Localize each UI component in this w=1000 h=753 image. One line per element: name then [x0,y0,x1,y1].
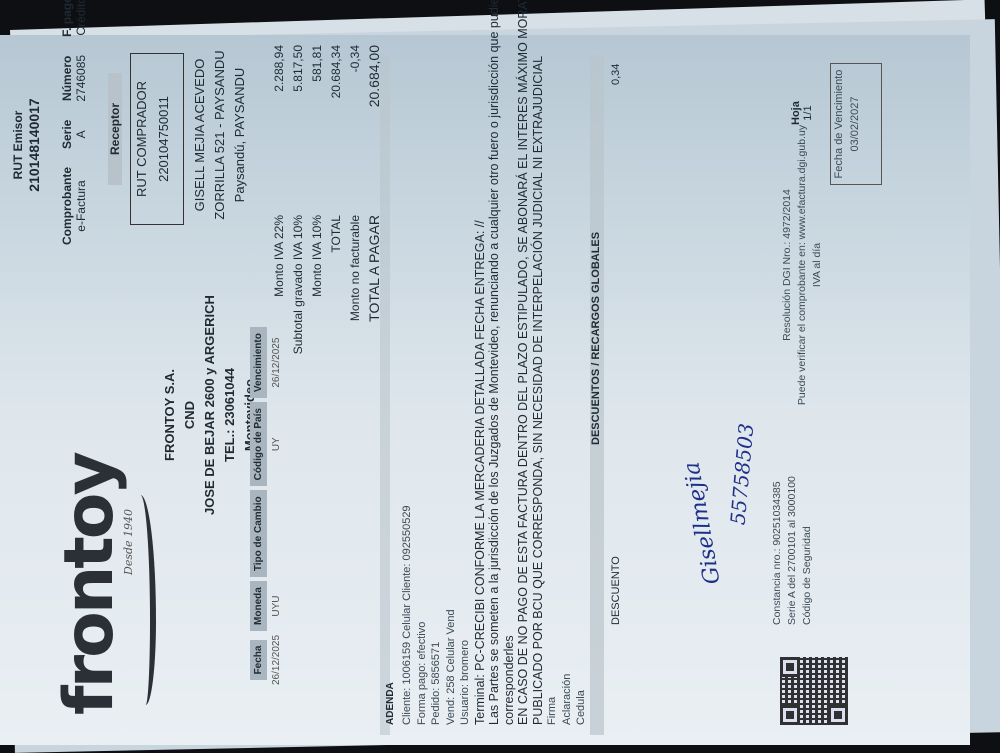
header-cell: Código de PaísUY [250,402,282,486]
receptor-label: Receptor [108,73,122,185]
comprobante-table: Comprobantee-Factura SerieA Número274608… [60,0,88,245]
footer-center: Resolución DGI Nro.: 4972/2014 Puede ver… [780,115,825,415]
adenda-title: ADENDA [385,682,396,725]
branch: CND [180,315,200,515]
vencimiento-box: Fecha de Vencimiento 03/02/2027 [830,63,882,185]
frontoy-logo: frontoy [50,454,129,715]
header-cell: Tipo de Cambio [250,490,282,577]
logo-tagline: Desde 1940 [122,509,135,575]
invoice-page: frontoy Desde 1940 FRONTOY S.A. CND JOSE… [0,35,970,745]
receptor-info: GISELL MEJIA ACEVEDO ZORRILLA 521 - PAYS… [190,0,250,275]
signature-id: 55758503 [726,422,759,526]
adenda-text: Cliente: 1006159 Celular Cliente: 092550… [400,0,589,725]
qr-code [780,657,848,725]
rut-emisor: RUT Emisor 210148140017 [10,45,42,245]
adenda-bar [380,55,390,735]
header-cell: MonedaUYU [250,581,282,631]
descuento-value: 0,34 [610,64,622,85]
descuentos-title: DESCUENTOS / RECARGOS GLOBALES [590,232,602,445]
hoja: Hoja 1/1 [790,101,814,125]
emisor-info: FRONTOY S.A. CND JOSE DE BEJAR 2600 y AR… [160,315,260,515]
company-phone: TEL.: 23061044 [220,315,240,515]
descuento-label: DESCUENTO [610,556,622,625]
rut-comprador-box: RUT COMPRADOR 220104750011 [130,53,184,225]
header-cell: Fecha26/12/2025 [250,635,282,685]
company-name: FRONTOY S.A. [160,315,180,515]
footer-left: Constancia nro.: 90251034385 Serie A del… [770,476,815,625]
company-address: JOSE DE BEJAR 2600 y ARGERICH [200,315,220,515]
signature: Gisellmejia [679,460,725,586]
totals-block: Monto IVA 22%2.288,94 Subtotal gravado I… [270,45,384,385]
